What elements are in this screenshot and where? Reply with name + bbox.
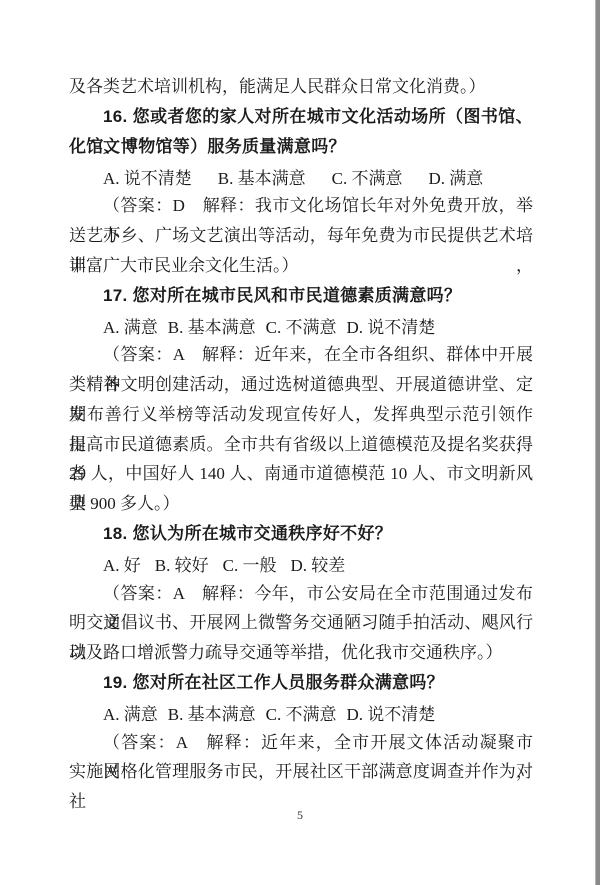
question-19-options-row: A. 满意 B. 基本满意 C. 不满意 D. 说不清楚 xyxy=(69,698,533,728)
question-block-16: 16. 您或者您的家人对所在城市文化活动场所（图书馆、文 化馆、博物馆等）服务质… xyxy=(69,102,533,281)
option-item: C. 一般 xyxy=(223,551,277,576)
answer-line: （答案：A 解释：近年来，全市开展文体活动凝聚市民， xyxy=(69,728,533,758)
answer-line: 以及路口增派警力疏导交通等举措，优化我市交通秩序。） xyxy=(69,638,533,668)
option-item: B. 基本满意 xyxy=(168,700,256,725)
answer-line: 实施网格化管理服务市民，开展社区干部满意度调查并作为对社 xyxy=(69,757,533,787)
answer-line: （答案：A 解释：今年，市公安局在全市范围通过发布文 xyxy=(69,579,533,609)
question-block-18: 18. 您认为所在城市交通秩序好不好？ A. 好 B. 较好 C. 一般 D. … xyxy=(69,519,533,668)
option-item: B. 基本满意 xyxy=(218,164,306,189)
option-item: C. 不满意 xyxy=(266,313,337,338)
answer-line: 提高市民道德素质。全市共有省级以上道德模范及提名奖获得者 xyxy=(69,430,533,460)
question-block-19: 19. 您对所在社区工作人员服务群众满意吗？ A. 满意 B. 基本满意 C. … xyxy=(69,668,533,787)
question-16-heading-line: 16. 您或者您的家人对所在城市文化活动场所（图书馆、文 xyxy=(69,102,533,132)
answer-line: （答案：A 解释：近年来，在全市各组织、群体中开展各 xyxy=(69,340,533,370)
question-16-options-row: A. 说不清楚 B. 基本满意 C. 不满意 D. 满意 xyxy=(69,161,533,191)
question-18-options-row: A. 好 B. 较好 C. 一般 D. 较差 xyxy=(69,549,533,579)
option-item: A. 好 xyxy=(103,551,141,576)
question-19-heading-line: 19. 您对所在社区工作人员服务群众满意吗？ xyxy=(69,668,533,698)
answer-line: 送艺下乡、广场文艺演出等活动，每年免费为市民提供艺术培训， xyxy=(69,221,533,251)
question-18-heading-line: 18. 您认为所在城市交通秩序好不好？ xyxy=(69,519,533,549)
option-item: A. 满意 xyxy=(103,313,158,338)
option-item: D. 说不清楚 xyxy=(346,700,435,725)
document-page: 及各类艺术培训机构，能满足人民群众日常文化消费。） 16. 您或者您的家人对所在… xyxy=(69,72,533,787)
question-16-heading-line: 化馆、博物馆等）服务质量满意吗？ xyxy=(69,132,533,162)
option-item: A. 说不清楚 xyxy=(103,164,192,189)
option-item: B. 基本满意 xyxy=(168,313,256,338)
option-item: D. 说不清楚 xyxy=(346,313,435,338)
question-17-heading-line: 17. 您对所在城市民风和市民道德素质满意吗？ xyxy=(69,281,533,311)
page-number: 5 xyxy=(0,806,600,824)
page-edge-scrollbar xyxy=(595,0,600,885)
option-item: C. 不满意 xyxy=(266,700,337,725)
intro-continuation-line: 及各类艺术培训机构，能满足人民群众日常文化消费。） xyxy=(69,72,533,102)
question-17-options-row: A. 满意 B. 基本满意 C. 不满意 D. 说不清楚 xyxy=(69,310,533,340)
answer-line: 型 900 多人。） xyxy=(69,489,533,519)
answer-line: 类精神文明创建活动，通过选树道德典型、开展道德讲堂、定期 xyxy=(69,370,533,400)
answer-line: （答案：D 解释：我市文化场馆长年对外免费开放，举办 xyxy=(69,191,533,221)
answer-line: 29 人，中国好人 140 人、南通市道德模范 10 人、市文明新风典 xyxy=(69,459,533,489)
answer-line: 发布善行义举榜等活动发现宣传好人，发挥典型示范引领作用， xyxy=(69,400,533,430)
question-block-17: 17. 您对所在城市民风和市民道德素质满意吗？ A. 满意 B. 基本满意 C.… xyxy=(69,281,533,519)
option-item: B. 较好 xyxy=(155,551,209,576)
option-item: C. 不满意 xyxy=(332,164,403,189)
option-item: D. 较差 xyxy=(290,551,345,576)
option-item: A. 满意 xyxy=(103,700,158,725)
option-item: D. 满意 xyxy=(428,164,483,189)
answer-line: 明交通倡议书、开展网上微警务交通陋习随手拍活动、飓风行动 xyxy=(69,608,533,638)
